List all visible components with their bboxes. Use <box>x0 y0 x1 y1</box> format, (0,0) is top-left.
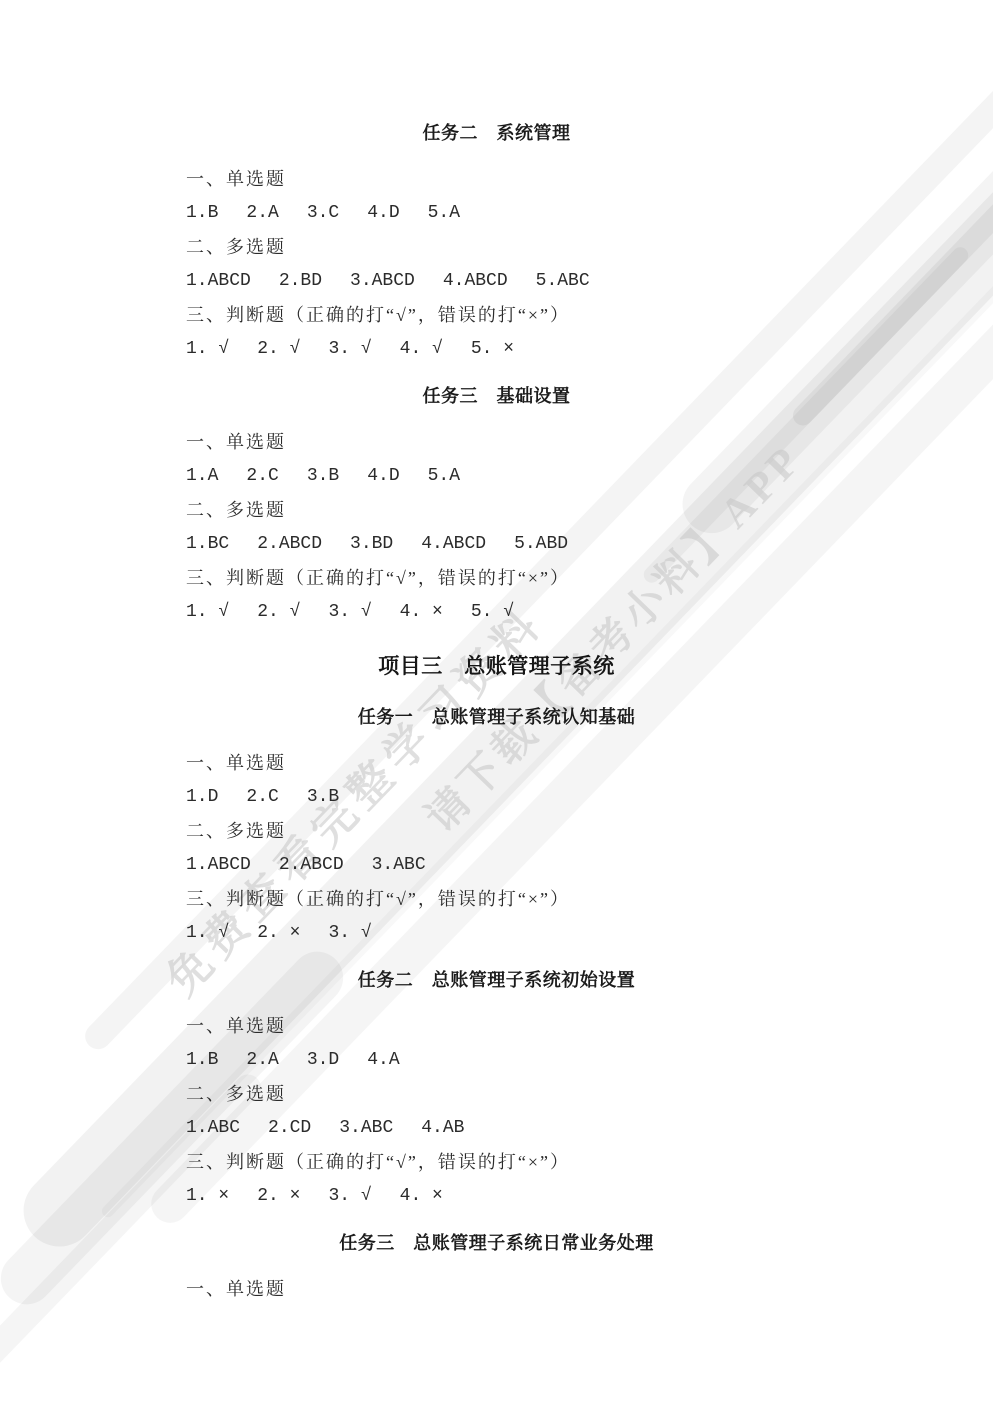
answer-item: 3.B <box>307 787 339 807</box>
question-type-label: 二、多选题 <box>186 237 993 257</box>
answer-item: 2.A <box>246 203 278 223</box>
answer-item: 3.D <box>307 1050 339 1070</box>
answer-key-page: 免费查看完整学习资料 请下载【备考小料】APP 任务二 系统管理 一、单选题 1… <box>0 0 993 1404</box>
task-heading: 任务三 总账管理子系统日常业务处理 <box>0 1232 993 1254</box>
answers-row: 1. √ 2. √ 3. √ 4. × 5. √ <box>186 602 993 622</box>
answer-item: 2.C <box>246 787 278 807</box>
answer-item: 1.BC <box>186 534 229 554</box>
project-heading: 项目三 总账管理子系统 <box>0 654 993 680</box>
question-type-label: 二、多选题 <box>186 821 993 841</box>
answers-row: 1.BC 2.ABCD 3.BD 4.ABCD 5.ABD <box>186 534 993 554</box>
question-type-label: 一、单选题 <box>186 1279 993 1299</box>
question-type-label: 三、判断题（正确的打“√”，错误的打“×”） <box>186 889 993 909</box>
answer-item: 4.D <box>367 466 399 486</box>
answer-item: 5.A <box>428 203 460 223</box>
answers-row: 1. × 2. × 3. √ 4. × <box>186 1186 993 1206</box>
answer-item: 5. × <box>471 339 514 359</box>
question-type-label: 二、多选题 <box>186 500 993 520</box>
answer-item: 2.ABCD <box>279 855 344 875</box>
answer-item: 3. √ <box>328 923 371 943</box>
answer-item: 1. √ <box>186 923 229 943</box>
answer-item: 3.ABC <box>339 1118 393 1138</box>
answer-item: 4.AB <box>421 1118 464 1138</box>
answers-row: 1.B 2.A 3.C 4.D 5.A <box>186 203 993 223</box>
answer-item: 2.A <box>246 1050 278 1070</box>
task-heading: 任务二 系统管理 <box>0 122 993 144</box>
answer-item: 3. √ <box>328 339 371 359</box>
answer-item: 3.B <box>307 466 339 486</box>
answer-item: 5. √ <box>471 602 514 622</box>
question-type-label: 三、判断题（正确的打“√”，错误的打“×”） <box>186 568 993 588</box>
answer-item: 5.A <box>428 466 460 486</box>
answer-item: 4.D <box>367 203 399 223</box>
question-type-label: 一、单选题 <box>186 169 993 189</box>
answer-item: 2. √ <box>257 339 300 359</box>
answer-item: 4.A <box>367 1050 399 1070</box>
answer-item: 5.ABC <box>536 271 590 291</box>
answer-item: 4. × <box>400 602 443 622</box>
answer-item: 2. × <box>257 1186 300 1206</box>
answer-item: 3.ABCD <box>350 271 415 291</box>
answers-row: 1.ABCD 2.BD 3.ABCD 4.ABCD 5.ABC <box>186 271 993 291</box>
answer-item: 2. √ <box>257 602 300 622</box>
answers-row: 1.D 2.C 3.B <box>186 787 993 807</box>
answer-item: 3. √ <box>328 1186 371 1206</box>
answers-row: 1.ABCD 2.ABCD 3.ABC <box>186 855 993 875</box>
answer-item: 5.ABD <box>514 534 568 554</box>
answers-row: 1.ABC 2.CD 3.ABC 4.AB <box>186 1118 993 1138</box>
question-type-label: 一、单选题 <box>186 1016 993 1036</box>
answer-item: 4.ABCD <box>443 271 508 291</box>
answer-item: 1. √ <box>186 602 229 622</box>
answer-item: 1.ABCD <box>186 271 251 291</box>
task-heading: 任务二 总账管理子系统初始设置 <box>0 969 993 991</box>
answer-item: 2.ABCD <box>257 534 322 554</box>
answer-item: 3. √ <box>328 602 371 622</box>
answer-item: 2. × <box>257 923 300 943</box>
answer-item: 1.ABC <box>186 1118 240 1138</box>
answer-item: 2.C <box>246 466 278 486</box>
answer-item: 1. × <box>186 1186 229 1206</box>
document-content: 任务二 系统管理 一、单选题 1.B 2.A 3.C 4.D 5.A 二、多选题… <box>0 0 993 1404</box>
answer-item: 3.C <box>307 203 339 223</box>
answer-item: 1. √ <box>186 339 229 359</box>
answers-row: 1.B 2.A 3.D 4.A <box>186 1050 993 1070</box>
answer-item: 1.B <box>186 203 218 223</box>
answer-item: 4.ABCD <box>421 534 486 554</box>
answer-item: 3.BD <box>350 534 393 554</box>
answer-item: 1.D <box>186 787 218 807</box>
question-type-label: 三、判断题（正确的打“√”，错误的打“×”） <box>186 305 993 325</box>
answer-item: 1.A <box>186 466 218 486</box>
answer-item: 3.ABC <box>372 855 426 875</box>
answers-row: 1. √ 2. × 3. √ <box>186 923 993 943</box>
answer-item: 1.ABCD <box>186 855 251 875</box>
answer-item: 4. × <box>400 1186 443 1206</box>
question-type-label: 二、多选题 <box>186 1084 993 1104</box>
answer-item: 2.CD <box>268 1118 311 1138</box>
answer-item: 2.BD <box>279 271 322 291</box>
answers-row: 1.A 2.C 3.B 4.D 5.A <box>186 466 993 486</box>
question-type-label: 一、单选题 <box>186 432 993 452</box>
question-type-label: 一、单选题 <box>186 753 993 773</box>
task-heading: 任务三 基础设置 <box>0 385 993 407</box>
answer-item: 1.B <box>186 1050 218 1070</box>
answers-row: 1. √ 2. √ 3. √ 4. √ 5. × <box>186 339 993 359</box>
task-heading: 任务一 总账管理子系统认知基础 <box>0 706 993 728</box>
answer-item: 4. √ <box>400 339 443 359</box>
question-type-label: 三、判断题（正确的打“√”，错误的打“×”） <box>186 1152 993 1172</box>
